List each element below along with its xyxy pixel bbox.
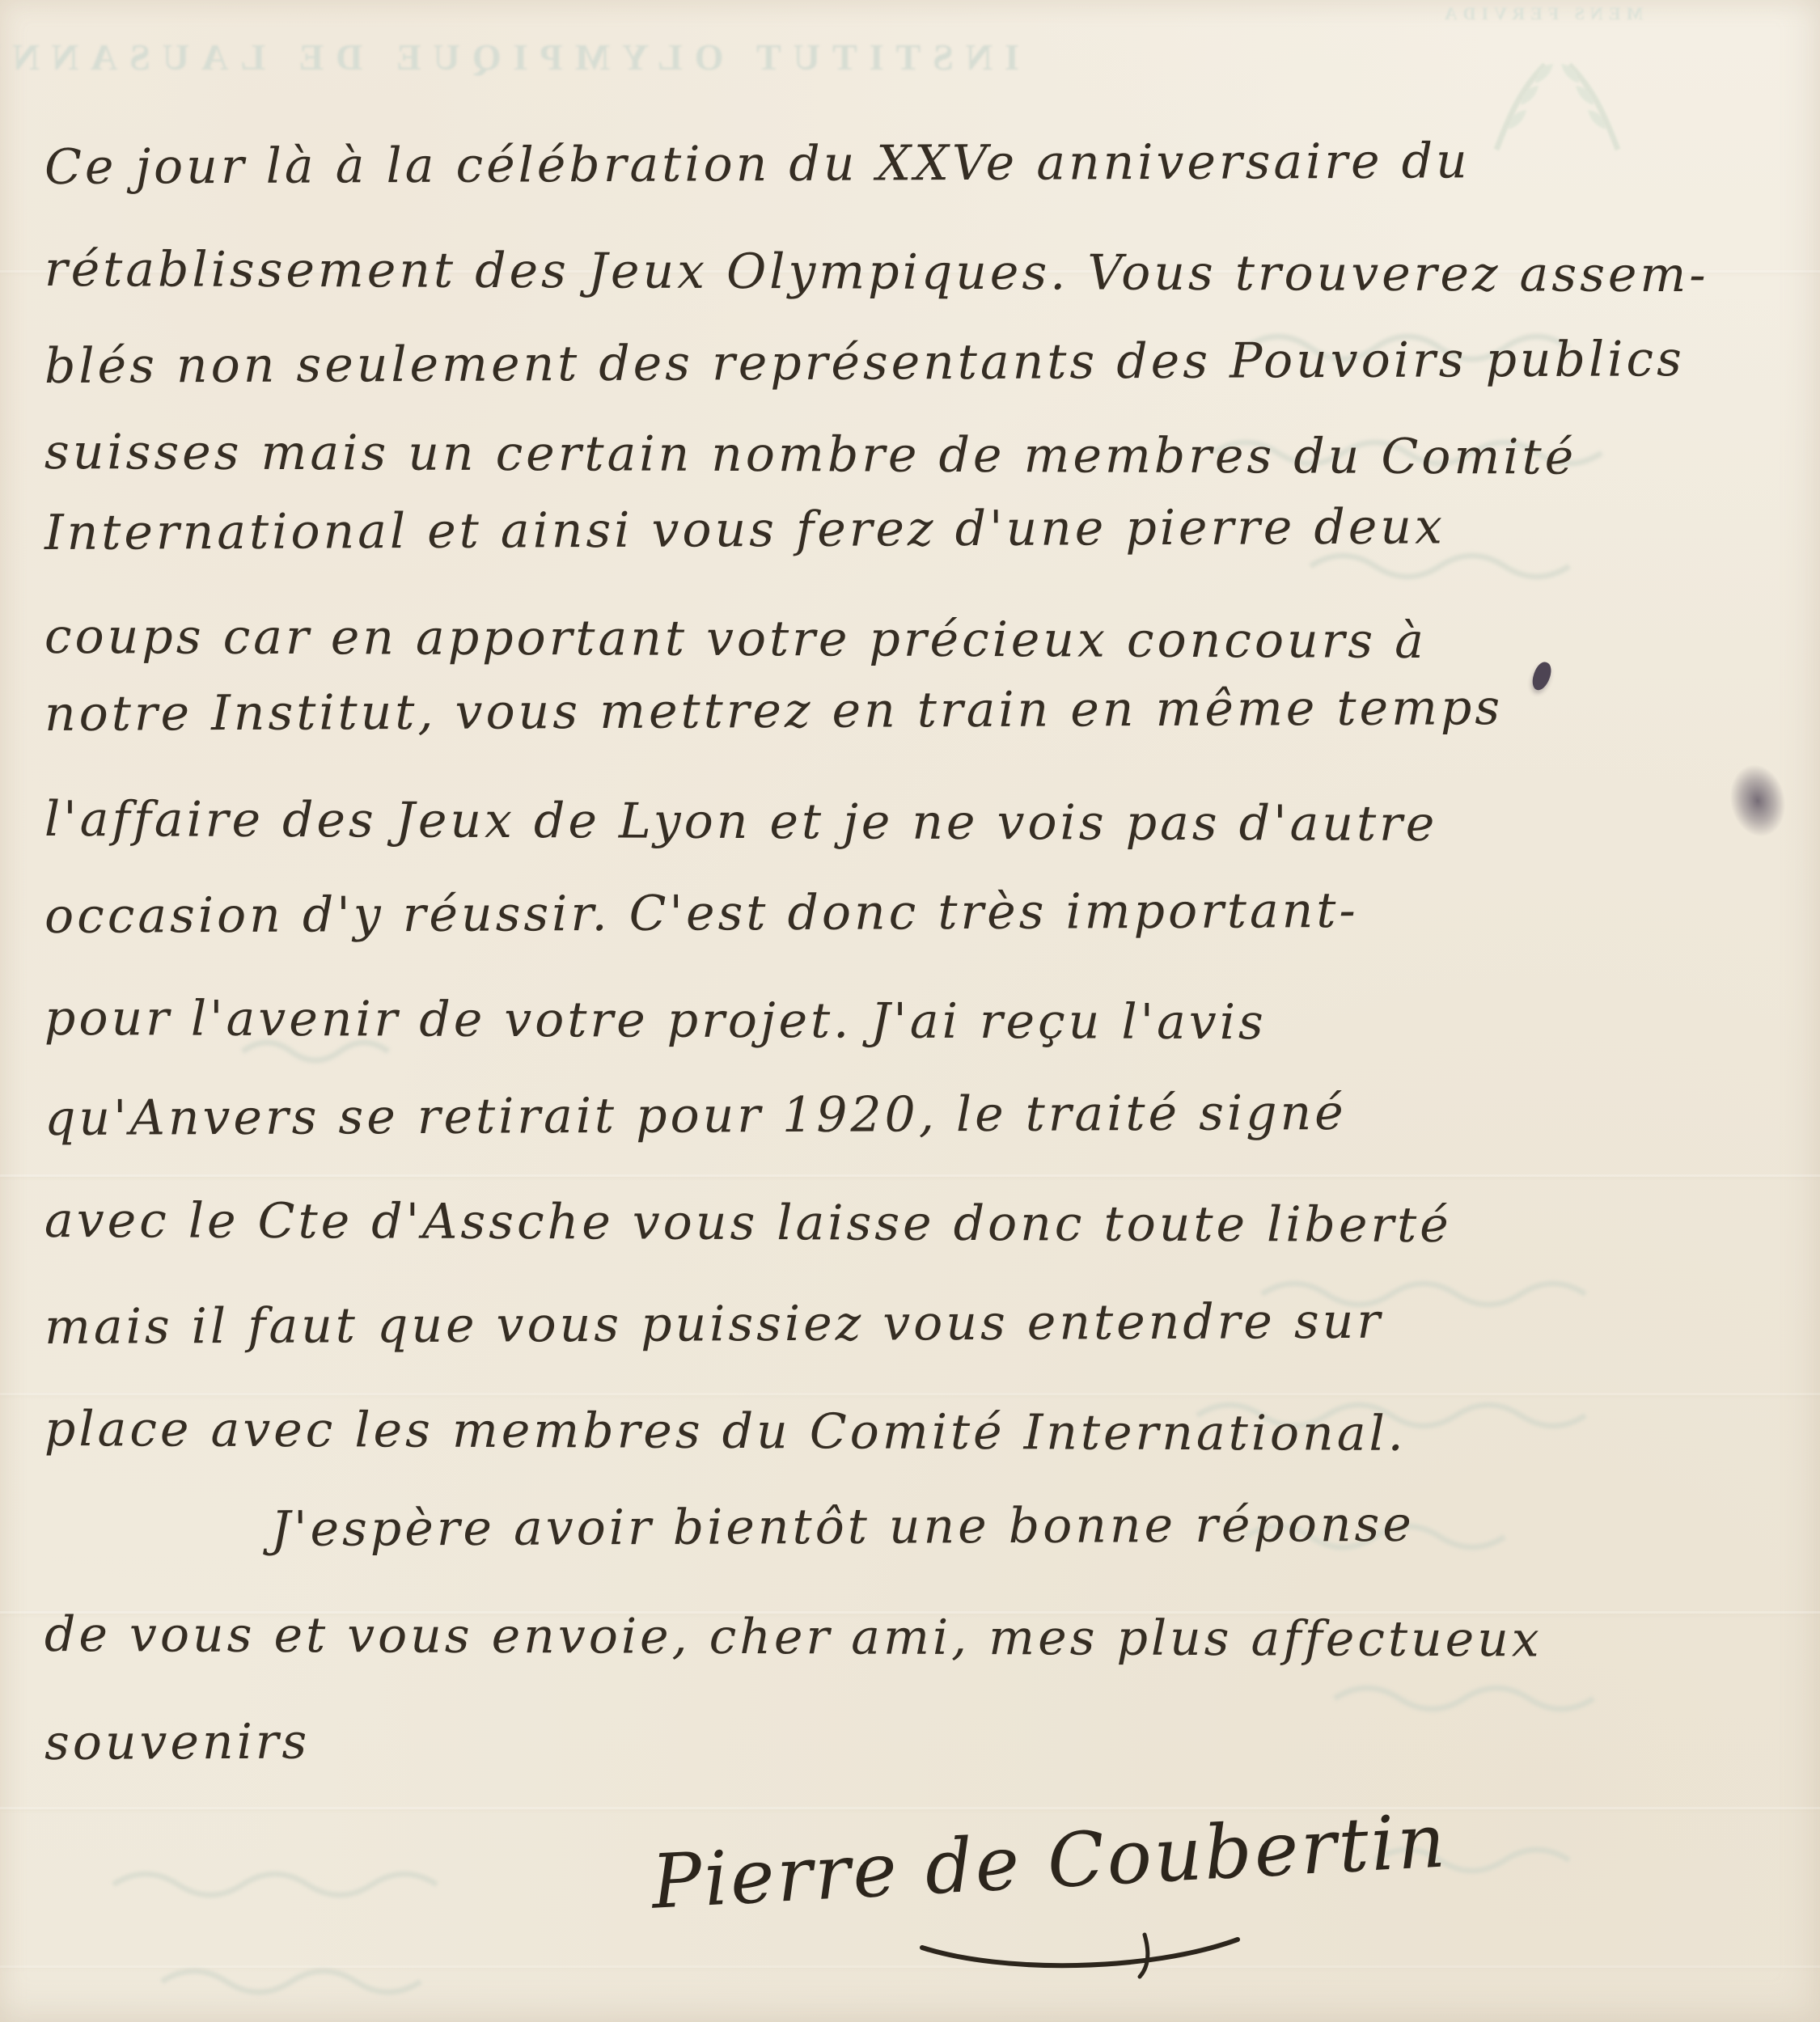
signature-flourish — [0, 0, 1820, 2022]
letter-page: INSTITUT OLYMPIQUE DE LAUSANNE MENS FERV… — [0, 0, 1820, 2022]
